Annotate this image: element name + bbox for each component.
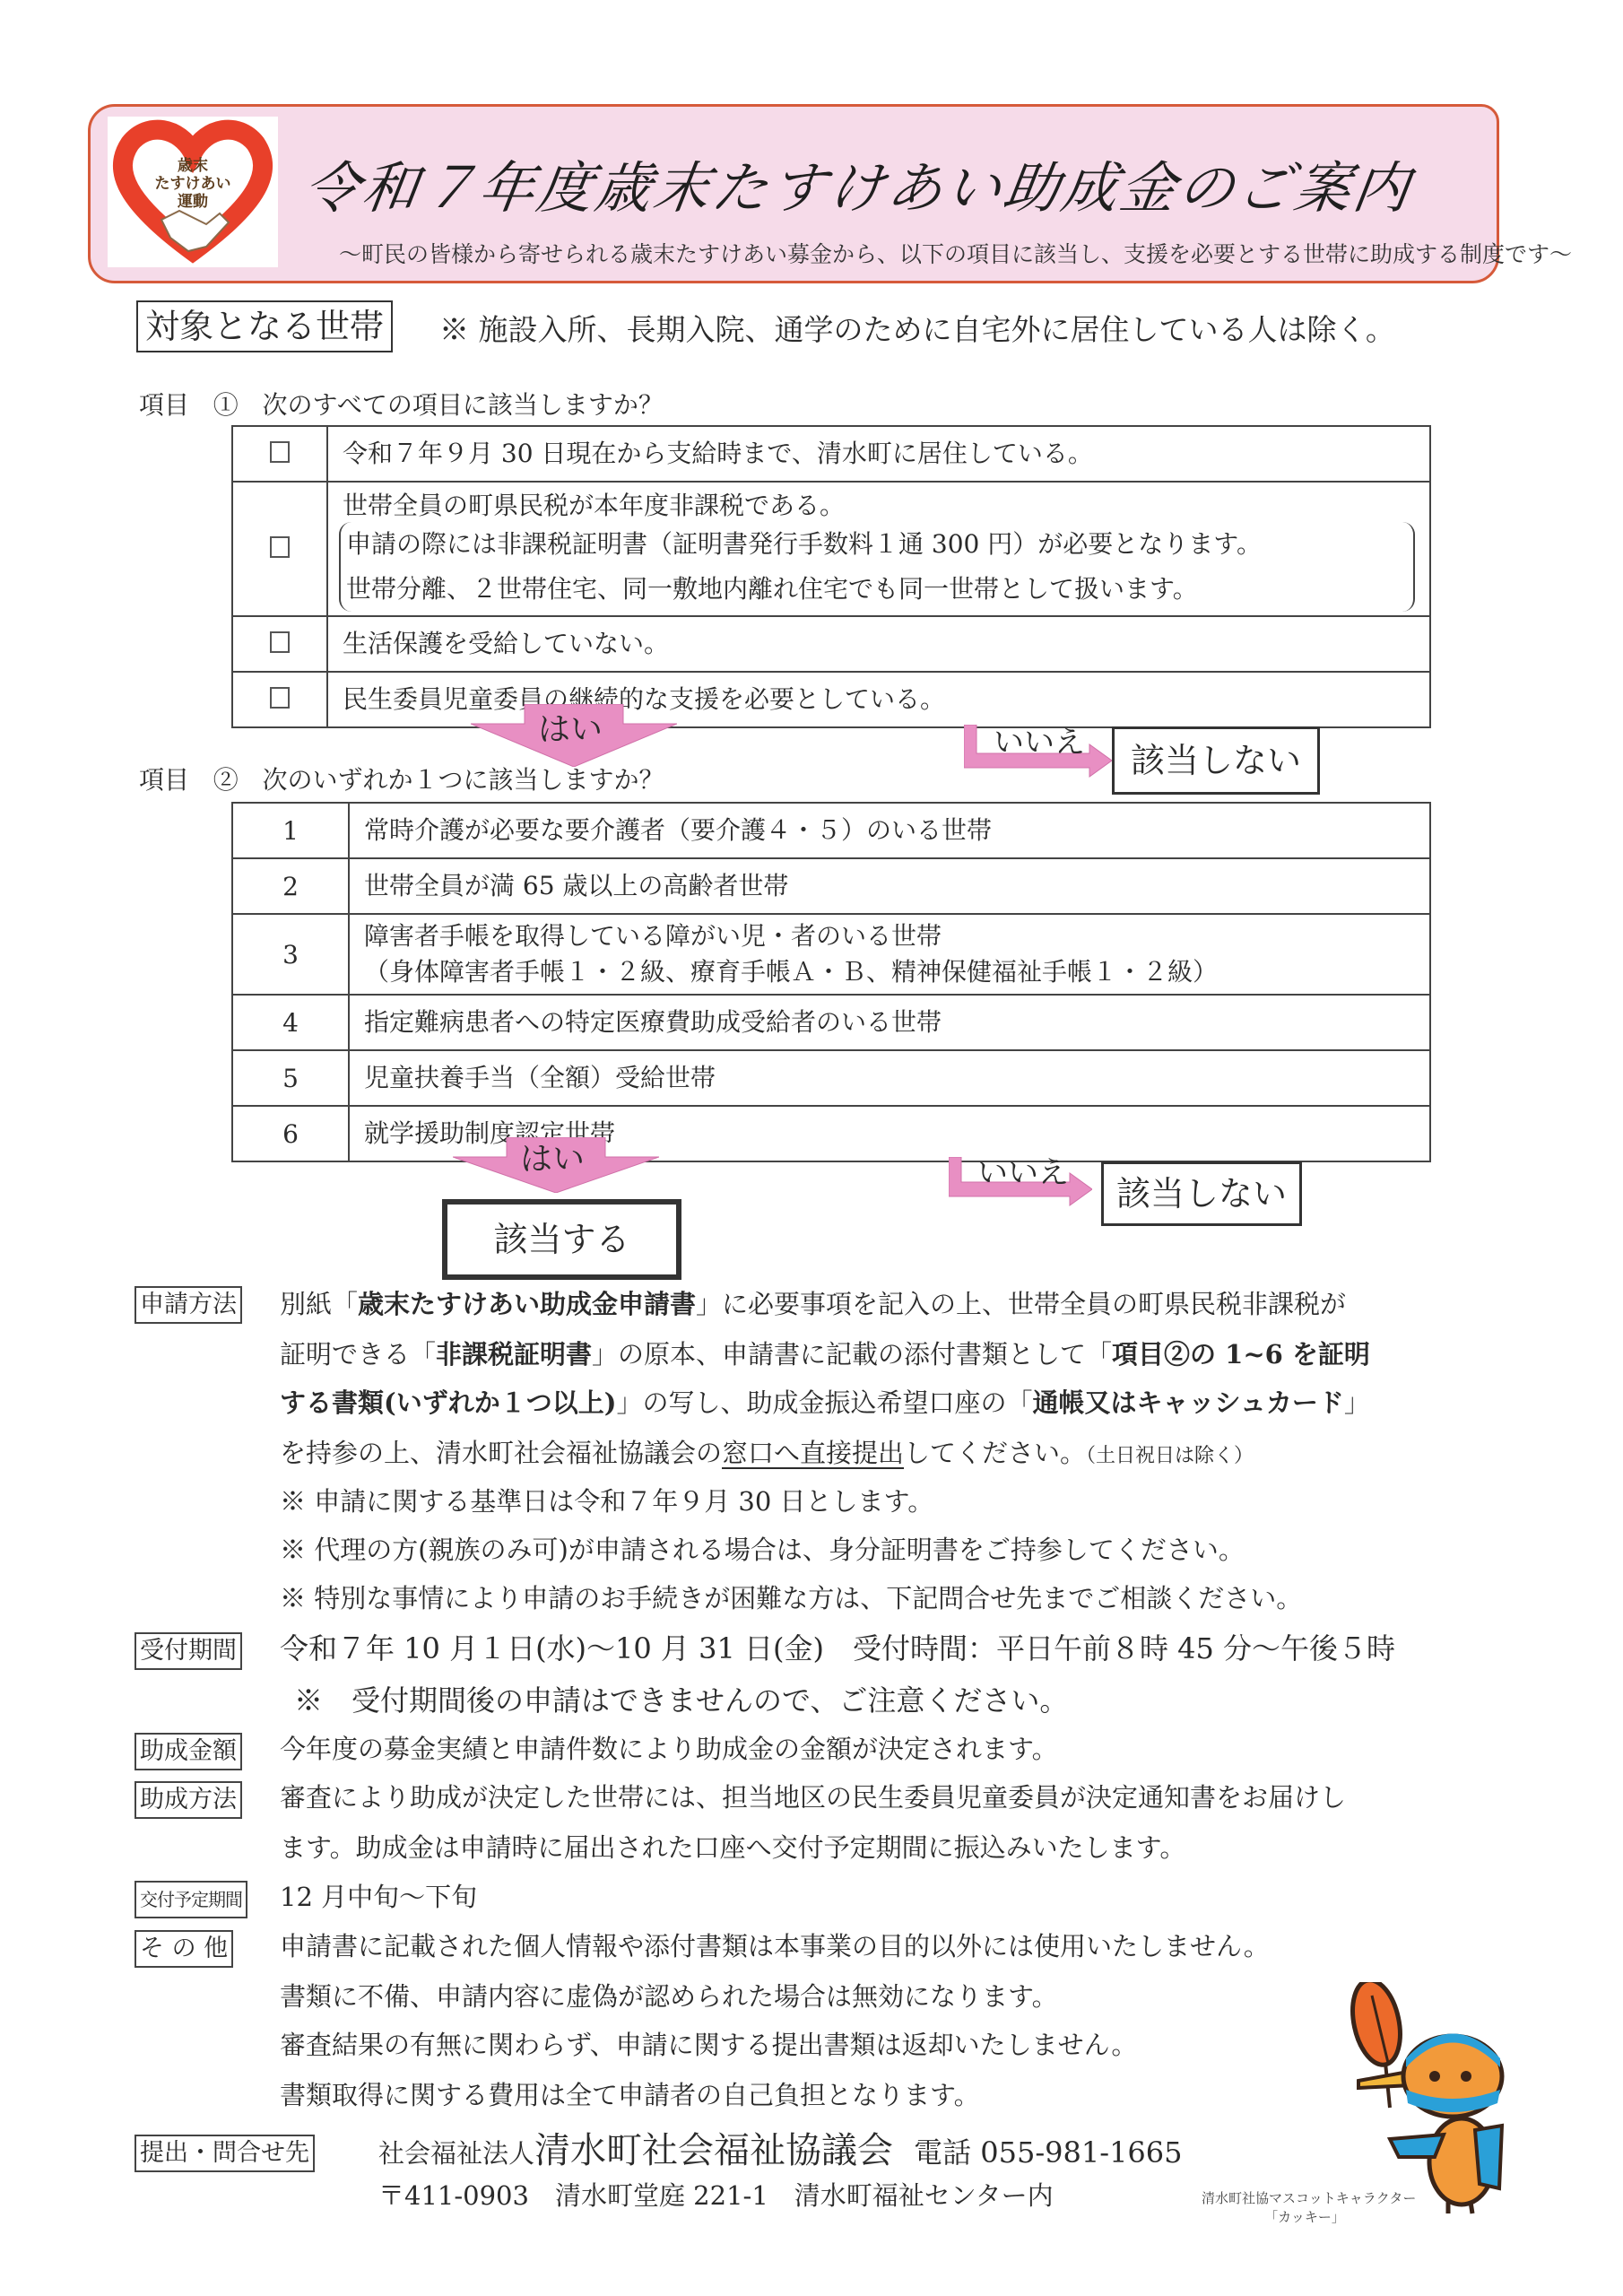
contact-label: 提出・問合せ先	[135, 2135, 315, 2172]
svg-text:運動: 運動	[177, 192, 208, 211]
item1-heading: 項目 ① 次のすべての項目に該当しますか？	[139, 386, 664, 422]
table-row: 生活保護を受給していない。	[232, 616, 1430, 672]
method-line-1: 審査により助成が決定した世帯には、担当地区の民生委員児童委員が決定通知書をお届け…	[280, 1781, 1346, 1813]
checkbox[interactable]	[270, 441, 290, 463]
method-line-2: ます。助成金は申請時に届出された口座へ交付予定期間に振込みいたします。	[280, 1831, 1185, 1864]
reception-note: ※ 受付期間後の申請はできませんので、ご注意ください。	[294, 1684, 1068, 1717]
method-label: 助成方法	[135, 1781, 242, 1819]
table-row: 2世帯全員が満 65 歳以上の高齢者世帯	[232, 858, 1430, 914]
schedule-text: 12 月中旬～下旬	[280, 1881, 477, 1913]
item2-table: 1常時介護が必要な要介護者（要介護４・５）のいる世帯 2世帯全員が満 65 歳以…	[231, 802, 1431, 1162]
item2-heading: 項目 ② 次のいずれか１つに該当しますか？	[139, 761, 664, 796]
checkbox[interactable]	[270, 631, 290, 653]
reception-label: 受付期間	[135, 1632, 242, 1670]
contact-org: 社会福祉法人清水町社会福祉協議会 電話 055-981-1665	[378, 2122, 1183, 2173]
logo-heart-icon: 歳末 たすけあい 運動	[108, 117, 278, 267]
application-label: 申請方法	[135, 1286, 242, 1324]
schedule-label: 交付予定期間	[135, 1881, 247, 1918]
checkbox[interactable]	[270, 687, 290, 709]
yes-label: はい	[520, 1134, 585, 1179]
svg-text:たすけあい: たすけあい	[155, 175, 231, 193]
mascot-kingfisher-icon	[1336, 1982, 1524, 2219]
page-title: 令和７年度歳末たすけあい助成金のご案内	[299, 143, 1419, 223]
table-row: 世帯全員の町県民税が本年度非課税である。 申請の際には非課税証明書（証明書発行手…	[232, 482, 1430, 616]
application-note-1: ※ 申請に関する基準日は令和７年９月 30 日とします。	[280, 1485, 933, 1518]
application-line-4: を持参の上、清水町社会福祉協議会の窓口へ直接提出してください。（土日祝日は除く）	[280, 1437, 1254, 1473]
amount-text: 今年度の募金実績と申請件数により助成金の金額が決定されます。	[280, 1733, 1058, 1765]
table-row: 5児童扶養手当（全額）受給世帯	[232, 1050, 1430, 1106]
application-line-1: 別紙「歳末たすけあい助成金申請書」に必要事項を記入の上、世帯全員の町県民税非課税…	[280, 1288, 1346, 1320]
table-row: 令和７年９月 30 日現在から支給時まで、清水町に居住している。	[232, 426, 1430, 482]
yes-label: はい	[538, 704, 603, 750]
amount-label: 助成金額	[135, 1733, 242, 1770]
target-label: 対象となる世帯	[136, 300, 393, 352]
application-line-2: 証明できる「非課税証明書」の原本、申請書に記載の添付書類として「項目②の 1~6…	[280, 1338, 1370, 1370]
table-row: 4指定難病患者への特定医療費助成受給者のいる世帯	[232, 995, 1430, 1050]
contact-address: 〒411-0903 清水町堂庭 221-1 清水町福祉センター内	[378, 2179, 1054, 2212]
application-note-2: ※ 代理の方(親族のみ可)が申請される場合は、身分証明書をご持参してください。	[280, 1534, 1245, 1566]
no-label: いいえ	[977, 1148, 1069, 1192]
other-line-4: 書類取得に関する費用は全て申請者の自己負担となります。	[280, 2079, 980, 2111]
svg-text:歳末: 歳末	[178, 156, 208, 175]
item1-table: 令和７年９月 30 日現在から支給時まで、清水町に居住している。 世帯全員の町県…	[231, 425, 1431, 728]
table-row: 民生委員児童委員の継続的な支援を必要としている。	[232, 672, 1430, 727]
not-applicable-box: 該当しない	[1101, 1161, 1302, 1226]
page-subtitle: ～町民の皆様から寄せられる歳末たすけあい募金から、以下の項目に該当し、支援を必要…	[339, 237, 1572, 269]
application-line-3: する書類(いずれか１つ以上)」の写し、助成金振込希望口座の「通帳又はキャッシュカ…	[280, 1387, 1370, 1419]
table-row: 1常時介護が必要な要介護者（要介護４・５）のいる世帯	[232, 803, 1430, 858]
applicable-box: 該当する	[442, 1199, 681, 1280]
note-bracket: 申請の際には非課税証明書（証明書発行手数料１通 300 円）が必要となります。 …	[339, 522, 1415, 612]
contact-phone: 電話 055-981-1665	[914, 2135, 1182, 2170]
checkbox[interactable]	[270, 536, 290, 558]
table-row: 6就学援助制度認定世帯	[232, 1106, 1430, 1161]
no-label: いいえ	[994, 717, 1085, 761]
mascot-caption: 清水町社協マスコットキャラクター 「カッキー」	[1202, 2188, 1408, 2226]
application-note-3: ※ 特別な事情により申請のお手続きが困難な方は、下記問合せ先までご相談ください。	[280, 1582, 1302, 1614]
other-line-3: 審査結果の有無に関わらず、申請に関する提出書類は返却いたしません。	[280, 2029, 1137, 2061]
table-row: 3 障害者手帳を取得している障がい児・者のいる世帯（身体障害者手帳１・２級、療育…	[232, 914, 1430, 995]
reception-period: 令和７年 10 月１日(水)～10 月 31 日(金) 受付時間：平日午前８時 …	[280, 1632, 1395, 1665]
target-note: ※ 施設入所、長期入院、通学のために自宅外に居住している人は除く。	[439, 307, 1395, 349]
not-applicable-box: 該当しない	[1112, 726, 1320, 795]
other-line-1: 申請書に記載された個人情報や添付書類は本事業の目的以外には使用いたしません。	[280, 1930, 1270, 1962]
other-line-2: 書類に不備、申請内容に虚偽が認められた場合は無効になります。	[280, 1980, 1058, 2013]
other-label: そ の 他	[135, 1930, 233, 1968]
